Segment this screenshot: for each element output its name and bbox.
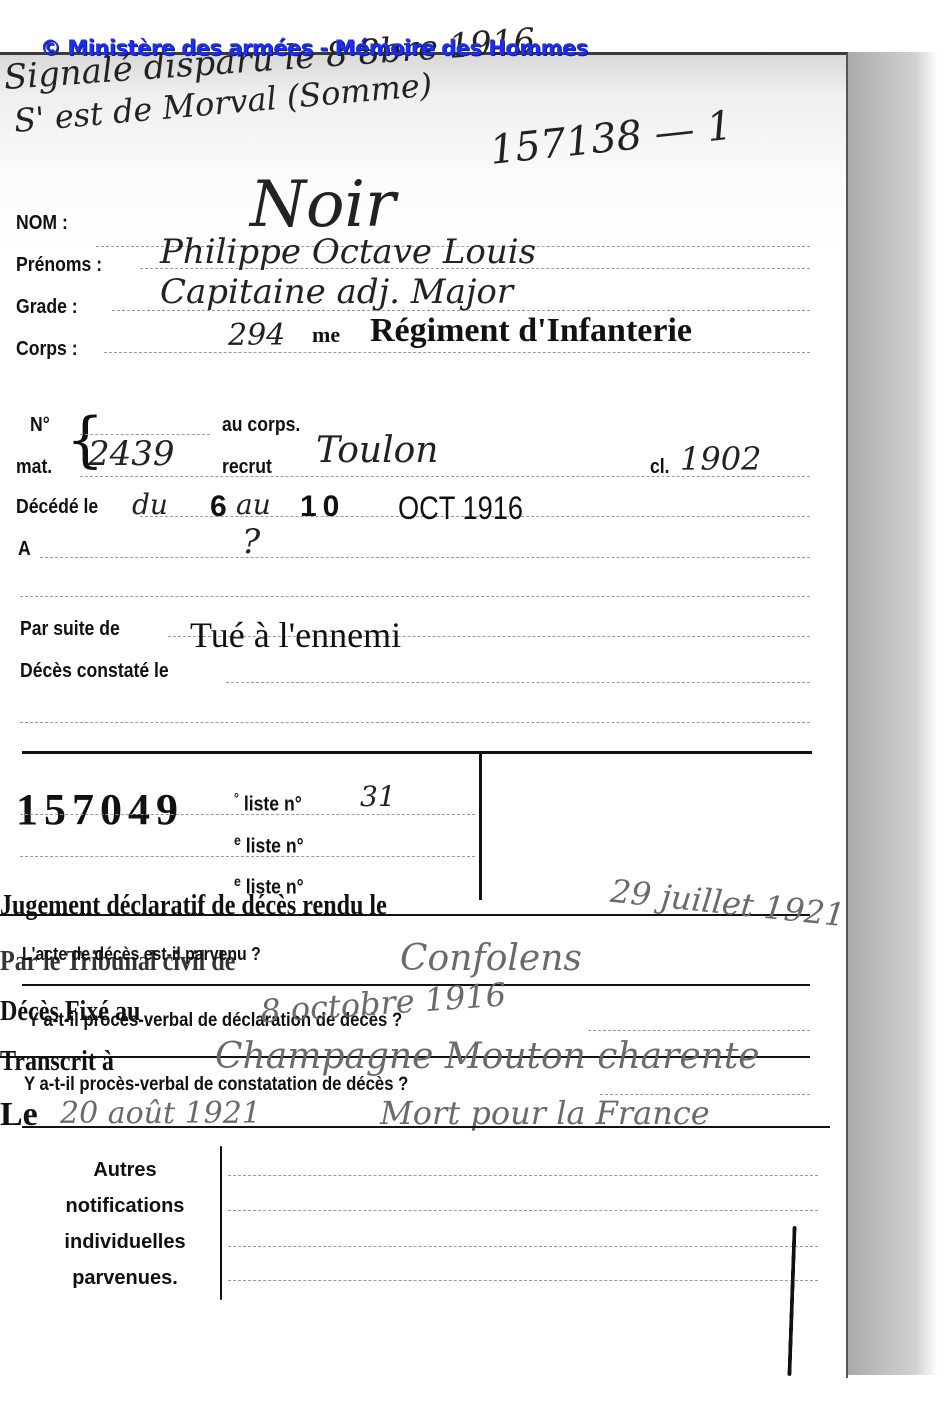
notification-line-4 bbox=[228, 1280, 818, 1281]
notifications-line-1: Autres bbox=[40, 1152, 210, 1188]
a-value: ? bbox=[242, 522, 260, 562]
le-line bbox=[22, 1126, 830, 1128]
corps-value: Régiment d'Infanterie bbox=[370, 312, 692, 350]
blank-line-2 bbox=[20, 722, 810, 723]
le-label: Le bbox=[0, 1096, 38, 1134]
notifications-line-3: individuelles bbox=[40, 1224, 210, 1260]
au-corps-label: au corps. bbox=[222, 414, 300, 437]
pv-constatation-question: Y a-t-il procès-verbal de constatation d… bbox=[24, 1074, 408, 1096]
decede-du: du bbox=[132, 488, 168, 521]
recrut-label: recrut bbox=[222, 456, 272, 479]
notification-line-1 bbox=[228, 1175, 818, 1176]
constate-line bbox=[226, 682, 810, 683]
tribunal-label: Par le Tribunal civil de bbox=[0, 946, 235, 978]
corps-line bbox=[104, 352, 810, 353]
prenoms-value: Philippe Octave Louis bbox=[160, 232, 536, 272]
a-line bbox=[40, 557, 810, 558]
notifications-brace bbox=[220, 1146, 222, 1300]
card-shadow bbox=[848, 52, 938, 1375]
prenoms-label: Prénoms : bbox=[16, 254, 102, 277]
blank-line-1 bbox=[20, 596, 810, 597]
notifications-label: Autres notifications individuelles parve… bbox=[40, 1152, 210, 1296]
classe-label: cl. bbox=[650, 456, 670, 479]
notifications-line-4: parvenues. bbox=[40, 1260, 210, 1296]
notification-line-3 bbox=[228, 1246, 818, 1247]
mat-label: mat. bbox=[16, 456, 52, 479]
decede-month-year: OCT 1916 bbox=[398, 490, 523, 527]
transcrit-value: Champagne Mouton charente bbox=[215, 1036, 760, 1077]
list-row-1-value: 31 bbox=[360, 780, 396, 813]
grade-label: Grade : bbox=[16, 296, 78, 319]
matricule-value: 2439 bbox=[88, 434, 175, 474]
nom-label: NOM : bbox=[16, 212, 68, 235]
decede-to: 10 bbox=[300, 490, 345, 524]
recrut-value: Toulon bbox=[316, 430, 438, 471]
jugement-label: Jugement déclaratif de décès rendu le bbox=[0, 890, 387, 922]
decede-label: Décédé le bbox=[16, 496, 98, 519]
corps-label: Corps : bbox=[16, 338, 78, 361]
tribunal-value: Confolens bbox=[400, 938, 582, 979]
grade-value: Capitaine adj. Major bbox=[160, 272, 513, 312]
classe-value: 1902 bbox=[680, 440, 761, 478]
decede-from: 6 bbox=[210, 490, 227, 524]
list-row-1: ° liste n° bbox=[234, 790, 302, 817]
par-suite-value: Tué à l'ennemi bbox=[190, 614, 401, 656]
a-label: A bbox=[18, 538, 31, 561]
corps-number: 294 bbox=[228, 318, 285, 353]
decede-au: au bbox=[236, 488, 271, 521]
par-suite-label: Par suite de bbox=[20, 618, 120, 641]
notification-line-2 bbox=[228, 1210, 818, 1211]
corps-suffix: me bbox=[312, 322, 340, 348]
pv-declaration-line bbox=[588, 1030, 810, 1031]
section-separator bbox=[22, 751, 812, 754]
constate-label: Décès constaté le bbox=[20, 660, 169, 683]
copyright-watermark: © Ministère des armées - Mémoire des Hom… bbox=[40, 36, 588, 60]
list-row-2: e liste n° bbox=[234, 832, 304, 859]
no-label: N° bbox=[30, 414, 50, 437]
section-divider bbox=[479, 752, 482, 900]
list-number: 157049 bbox=[16, 784, 184, 835]
notifications-line-2: notifications bbox=[40, 1188, 210, 1224]
nom-value: Noir bbox=[250, 168, 396, 242]
